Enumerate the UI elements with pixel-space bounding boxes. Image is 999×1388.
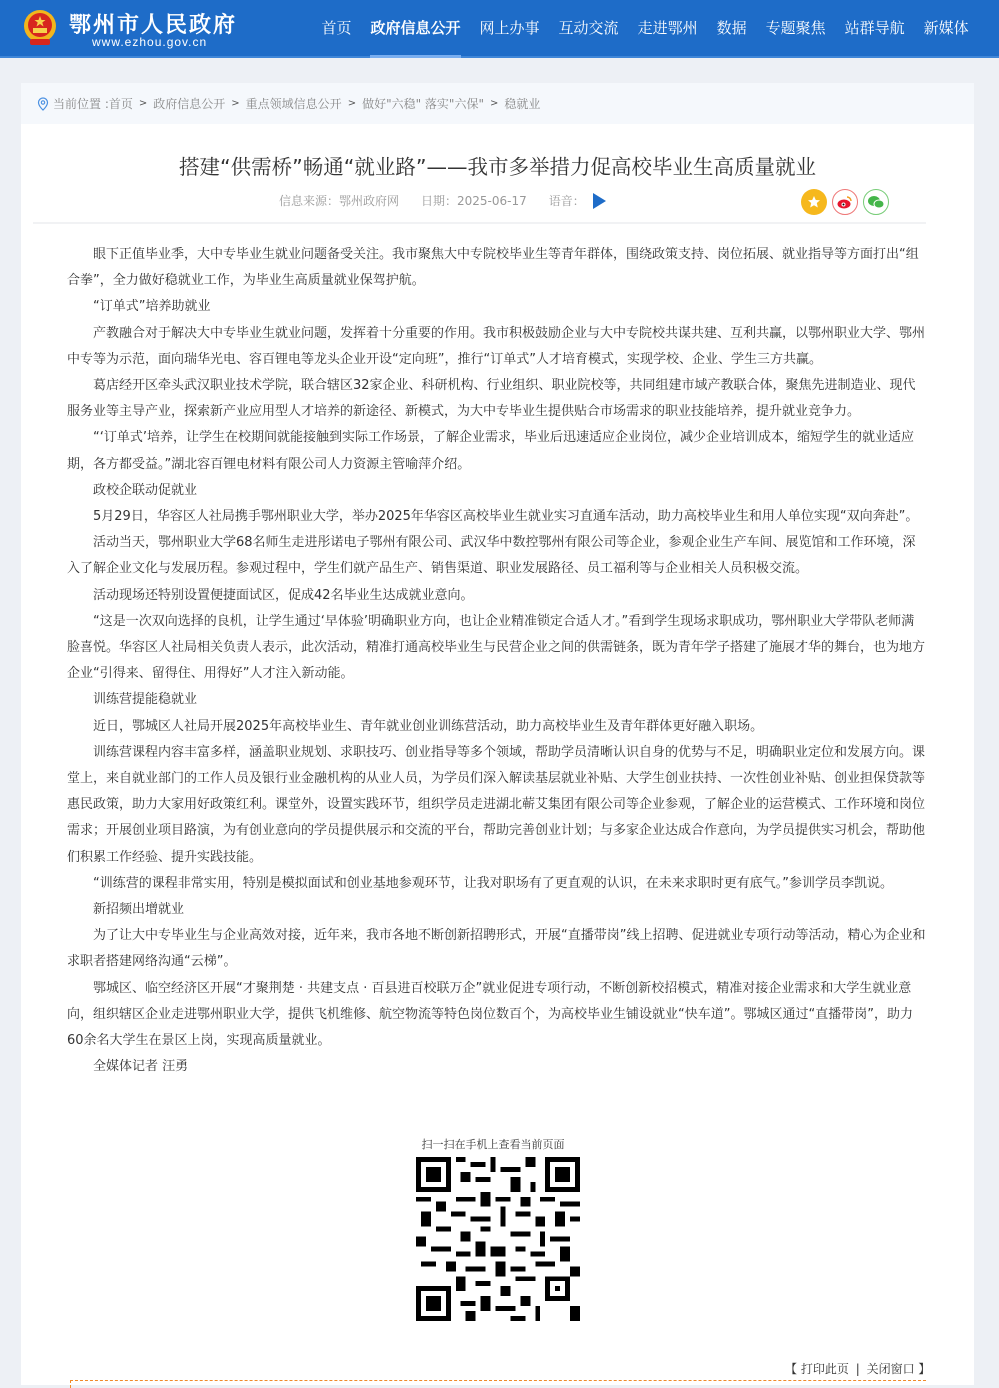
nav-data[interactable]: 数据 xyxy=(707,0,756,58)
dashed-divider xyxy=(70,1380,926,1381)
breadcrumb-prefix: 当前位置 : xyxy=(53,95,109,112)
paragraph: 眼下正值毕业季，大中专毕业生就业问题备受关注。我市聚焦大中专院校毕业生等青年群体… xyxy=(67,242,927,294)
close-window-link[interactable]: 关闭窗口 xyxy=(867,1362,915,1376)
paragraph: “这是一次双向选择的良机，让学生通过‘早体验’明确职业方向，也让企业精准锁定合适… xyxy=(67,609,927,688)
article-date: 日期：2025-06-17 xyxy=(421,192,527,209)
author-credit: 全媒体记者 汪勇 xyxy=(67,1054,927,1080)
article-title: 搭建“供需桥”畅通“就业路”——我市多举措力促高校毕业生高质量就业 xyxy=(21,150,974,180)
breadcrumb-stable-employment[interactable]: 稳就业 xyxy=(504,95,540,112)
qr-section: 扫一扫在手机上查看当前页面 xyxy=(416,1136,580,1321)
paragraph: 产教融合对于解决大中专毕业生就业问题，发挥着十分重要的作用。我市积极鼓励企业与大… xyxy=(67,321,927,373)
qr-code-icon xyxy=(416,1157,580,1321)
breadcrumb-separator: > xyxy=(348,98,356,109)
play-audio-icon[interactable] xyxy=(593,193,606,209)
dashed-divider-edge xyxy=(70,1380,71,1385)
breadcrumb: 当前位置 : 首页 > 政府信息公开 > 重点领域信息公开 > 做好"六稳" 落… xyxy=(21,83,974,124)
section-heading: 训练营提能稳就业 xyxy=(67,687,927,713)
breadcrumb-gov-info[interactable]: 政府信息公开 xyxy=(153,95,225,112)
site-header: 鄂州市人民政府 www.ezhou.gov.cn 首页 政府信息公开 网上办事 … xyxy=(0,0,999,58)
voice-label: 语音： xyxy=(549,192,585,209)
site-url: www.ezhou.gov.cn xyxy=(92,35,207,49)
section-heading: 新招频出增就业 xyxy=(67,897,927,923)
footer-separator: | xyxy=(856,1362,860,1376)
nav-about-ezhou[interactable]: 走进鄂州 xyxy=(628,0,707,58)
bracket-close: 】 xyxy=(918,1362,930,1376)
nav-topics[interactable]: 专题聚焦 xyxy=(756,0,835,58)
nav-gov-info[interactable]: 政府信息公开 xyxy=(361,0,470,58)
nav-home[interactable]: 首页 xyxy=(312,0,361,58)
breadcrumb-six-stability[interactable]: 做好"六稳" 落实"六保" xyxy=(362,95,484,112)
qr-caption: 扫一扫在手机上查看当前页面 xyxy=(406,1136,580,1152)
content-panel: 当前位置 : 首页 > 政府信息公开 > 重点领域信息公开 > 做好"六稳" 落… xyxy=(21,83,974,1385)
share-bar xyxy=(801,189,894,215)
breadcrumb-separator: > xyxy=(490,98,498,109)
main-nav: 首页 政府信息公开 网上办事 互动交流 走进鄂州 数据 专题聚焦 站群导航 新媒… xyxy=(312,0,978,58)
bracket-open: 【 xyxy=(785,1362,797,1376)
location-pin-icon xyxy=(37,97,49,111)
weibo-icon[interactable] xyxy=(832,189,858,215)
breadcrumb-key-areas[interactable]: 重点领域信息公开 xyxy=(246,95,342,112)
paragraph: 活动当天，鄂州职业大学68名师生走进彤诺电子鄂州有限公司、武汉华中数控鄂州有限公… xyxy=(67,530,927,582)
nav-new-media[interactable]: 新媒体 xyxy=(914,0,978,58)
paragraph: 鄂城区、临空经济区开展“才聚荆楚 · 共建支点 · 百县进百校联万企”就业促进专… xyxy=(67,976,927,1055)
paragraph: 为了让大中专毕业生与企业高效对接，近年来，我市各地不断创新招聘形式，开展“直播带… xyxy=(67,923,927,975)
paragraph: 5月29日，华容区人社局携手鄂州职业大学，举办2025年华容区高校毕业生就业实习… xyxy=(67,504,927,530)
nav-interaction[interactable]: 互动交流 xyxy=(549,0,628,58)
article-meta: 信息来源：鄂州政府网 日期：2025-06-17 语音： xyxy=(279,192,606,209)
favorite-icon[interactable] xyxy=(801,189,827,215)
paragraph: 活动现场还特别设置便捷面试区，促成42名毕业生达成就业意向。 xyxy=(67,583,927,609)
print-page-link[interactable]: 打印此页 xyxy=(801,1362,849,1376)
section-heading: 政校企联动促就业 xyxy=(67,478,927,504)
wechat-icon[interactable] xyxy=(863,189,889,215)
paragraph: “‘订单式’培养，让学生在校期间就能接触到实际工作场景，了解企业需求，毕业后迅速… xyxy=(67,425,927,477)
nav-site-group[interactable]: 站群导航 xyxy=(835,0,914,58)
breadcrumb-home[interactable]: 首页 xyxy=(109,95,133,112)
national-emblem-icon xyxy=(22,9,58,47)
footer-actions: 【 打印此页 | 关闭窗口 】 xyxy=(785,1360,930,1377)
paragraph: 近日，鄂城区人社局开展2025年高校毕业生、青年就业创业训练营活动，助力高校毕业… xyxy=(67,714,927,740)
article-body: 眼下正值毕业季，大中专毕业生就业问题备受关注。我市聚焦大中专院校毕业生等青年群体… xyxy=(67,242,927,1081)
paragraph: “训练营的课程非常实用，特别是模拟面试和创业基地参观环节，让我对职场有了更直观的… xyxy=(67,871,927,897)
section-heading: “订单式”培养助就业 xyxy=(67,294,927,320)
article-source: 信息来源：鄂州政府网 xyxy=(279,192,399,209)
breadcrumb-separator: > xyxy=(139,98,147,109)
paragraph: 葛店经开区牵头武汉职业技术学院，联合辖区32家企业、科研机构、行业组织、职业院校… xyxy=(67,373,927,425)
breadcrumb-separator: > xyxy=(231,98,239,109)
paragraph: 训练营课程内容丰富多样，涵盖职业规划、求职技巧、创业指导等多个领域，帮助学员清晰… xyxy=(67,740,927,871)
nav-online-services[interactable]: 网上办事 xyxy=(470,0,549,58)
title-divider xyxy=(33,222,926,224)
